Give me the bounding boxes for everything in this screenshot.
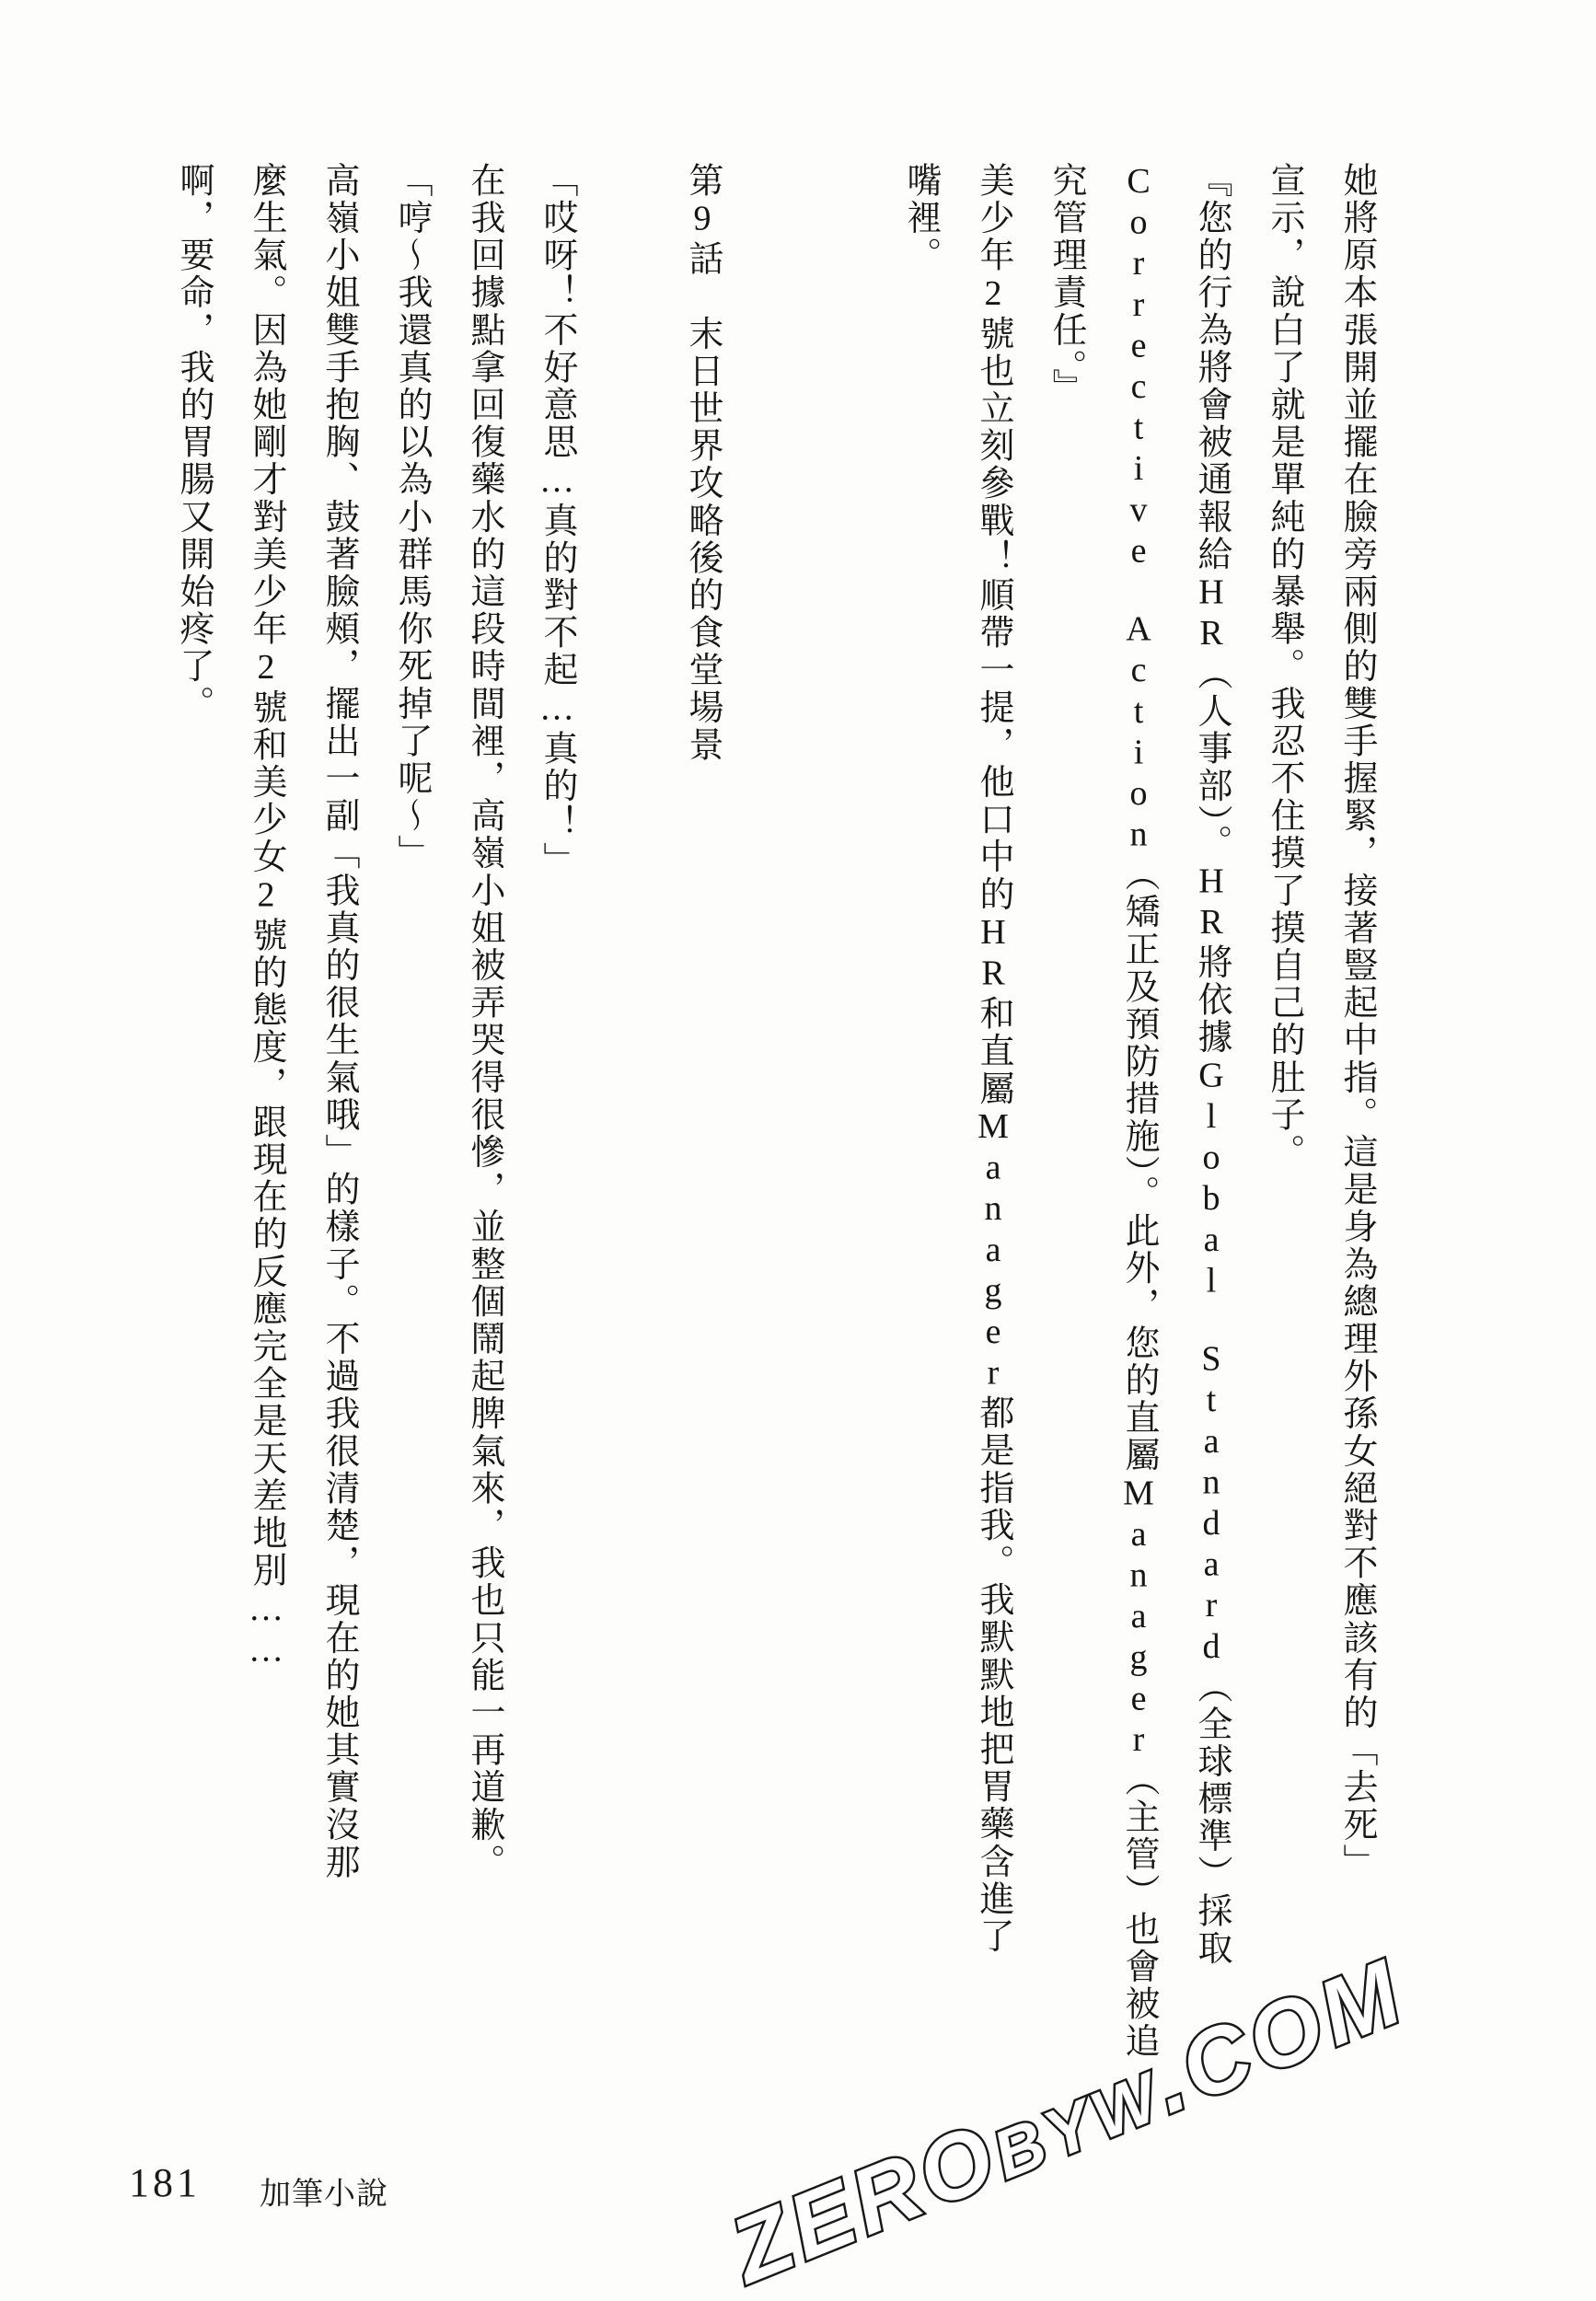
watermark-text-byw: BYW — [982, 2057, 1174, 2193]
blank-column — [738, 162, 811, 1892]
text-column: 「哼～我還真的以為小群馬你死掉了呢～」 — [375, 162, 447, 1892]
blank-column — [811, 162, 884, 1892]
footer-section-label: 加筆小說 — [260, 2168, 388, 2214]
text-column: 第9話 末日世界攻略後的食堂場景 — [665, 162, 738, 1892]
text-column: 美少年2號也立刻參戰！順帶一提，他口中的HR和直屬Manager都是指我。我默默… — [956, 162, 1029, 1892]
vertical-text-area: 她將原本張開並擺在臉旁兩側的雙手握緊，接著豎起中指。這是身為總理外孫女絕對不應該… — [156, 162, 1393, 1892]
blank-column — [593, 162, 665, 1892]
text-column: Corrective Action（矯正及預防措施）。此外，您的直屬Manage… — [1102, 162, 1174, 1892]
text-column: 在我回據點拿回復藥水的這段時間裡，高嶺小姐被弄哭得很慘，並整個鬧起脾氣來，我也只… — [447, 162, 520, 1892]
text-column: 『您的行為將會被通報給HR（人事部）。HR將依據Global Standard（… — [1174, 162, 1247, 1892]
watermark: ZEROBYW.COM — [719, 1944, 1417, 2297]
text-column: 嘴裡。 — [884, 162, 956, 1892]
text-column: 「哎呀！不好意思…真的對不起…真的！」 — [520, 162, 593, 1892]
text-column: 高嶺小姐雙手抱胸、鼓著臉頰，擺出一副「我真的很生氣哦」的樣子。不過我很清楚，現在… — [302, 162, 375, 1892]
text-column: 她將原本張開並擺在臉旁兩側的雙手握緊，接著豎起中指。這是身為總理外孫女絕對不應該… — [1320, 162, 1393, 1892]
watermark-text-com: .COM — [1138, 1939, 1419, 2133]
page-number: 181 — [129, 2159, 201, 2206]
text-column: 啊，要命，我的胃腸又開始疼了。 — [156, 162, 229, 1892]
watermark-text-zero: ZERO — [717, 2103, 1013, 2301]
text-column: 麼生氣。因為她剛才對美少年2號和美少女2號的態度，跟現在的反應完全是天差地別…… — [229, 162, 302, 1892]
text-column: 究管理責任。』 — [1029, 162, 1102, 1892]
text-column: 宣示，說白了就是單純的暴舉。我忍不住摸了摸自己的肚子。 — [1247, 162, 1320, 1892]
book-page: 她將原本張開並擺在臉旁兩側的雙手握緊，接著豎起中指。這是身為總理外孫女絕對不應該… — [0, 0, 1596, 2301]
